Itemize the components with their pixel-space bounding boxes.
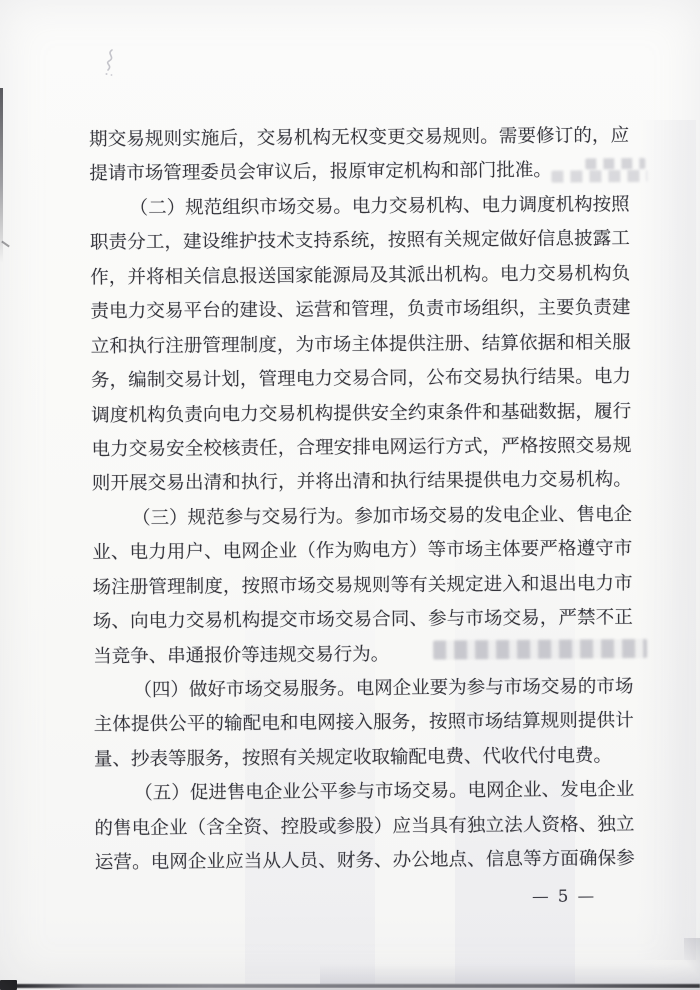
document-line: 的售电企业（含全资、控股或参股）应当具有独立法人资格、独立: [94, 808, 634, 847]
document-line: 务，编制交易计划，管理电力交易合同，公布交易执行结果。电力: [91, 360, 631, 399]
document-line: （三）规范参与交易行为。参加市场交易的发电企业、售电企: [92, 498, 632, 537]
paragraph: （三）规范参与交易行为。参加市场交易的发电企业、售电企 业、电力用户、电网企业（…: [92, 498, 633, 674]
document-line: 场、向电力交易机构提交市场交易合同、参与市场交易，严禁不正: [93, 601, 633, 640]
document-line: 责电力交易平台的建设、运营和管理，负责市场组织，主要负责建: [90, 291, 630, 330]
scan-edge-left: [0, 88, 3, 263]
document-line: （四）做好市场交易服务。电网企业要为参与市场交易的市场: [93, 670, 633, 709]
document-line: 场注册管理制度，按照市场交易规则等有关规定进入和退出电力市: [92, 567, 632, 606]
document-line: 业、电力用户、电网企业（作为购电方）等市场主体要严格遵守市: [92, 532, 632, 571]
document-line: 职责分工，建设维护技术支持系统，按照有关规定做好信息披露工: [90, 222, 630, 261]
document-line: 作，并将相关信息报送国家能源局及其派出机构。电力交易机构负: [90, 257, 630, 296]
paper-bottom-shade: [320, 964, 700, 984]
document-line: （五）促进售电企业公平参与市场交易。电网企业、发电企业: [94, 773, 634, 812]
document-line: 电力交易安全校核责任，合理安排电网运行方式，严格按照交易规: [91, 429, 631, 468]
document-line: （二）规范组织市场交易。电力交易机构、电力调度机构按照: [90, 188, 630, 227]
document-line: 主体提供公平的输配电和电网接入服务，按照市场结算规则提供计: [94, 704, 634, 743]
document-line: 提请市场管理委员会审议后，报原审定机构和部门批准。: [89, 154, 629, 193]
scan-edge-bottom-left: [0, 980, 17, 990]
document-line: 期交易规则实施后，交易机构无权变更交易规则。需要修订的，应: [89, 119, 629, 158]
document-line: 运营。电网企业应当从人员、财务、办公地点、信息等方面确保参: [95, 842, 635, 881]
scanned-page: 期交易规则实施后，交易机构无权变更交易规则。需要修订的，应 提请市场管理委员会审…: [0, 0, 700, 990]
paragraph: 期交易规则实施后，交易机构无权变更交易规则。需要修订的，应 提请市场管理委员会审…: [89, 119, 630, 192]
paragraph: （四）做好市场交易服务。电网企业要为参与市场交易的市场 主体提供公平的输配电和电…: [93, 670, 634, 778]
document-body: 期交易规则实施后，交易机构无权变更交易规则。需要修订的，应 提请市场管理委员会审…: [89, 119, 635, 881]
document-line: 立和执行注册管理制度，为市场主体提供注册、结算依据和相关服: [91, 326, 631, 365]
printed-content-layer: 期交易规则实施后，交易机构无权变更交易规则。需要修订的，应 提请市场管理委员会审…: [0, 0, 700, 990]
document-line: 当竞争、串通报价等违规交易行为。: [93, 636, 633, 675]
paragraph: （五）促进售电企业公平参与市场交易。电网企业、发电企业 的售电企业（含全资、控股…: [94, 773, 635, 881]
document-line: 量、抄表等服务，按照有关规定收取输配电费、代收代付电费。: [94, 739, 634, 778]
document-line: 则开展交易出清和执行，并将出清和执行结果提供电力交易机构。: [92, 463, 632, 502]
paragraph: （二）规范组织市场交易。电力交易机构、电力调度机构按照 职责分工，建设维护技术支…: [90, 188, 632, 502]
document-line: 调度机构负责向电力交易机构提供安全约束条件和基础数据，履行: [91, 395, 631, 434]
paper-corner-shade: [684, 938, 700, 988]
page-number: — 5 —: [519, 886, 609, 906]
